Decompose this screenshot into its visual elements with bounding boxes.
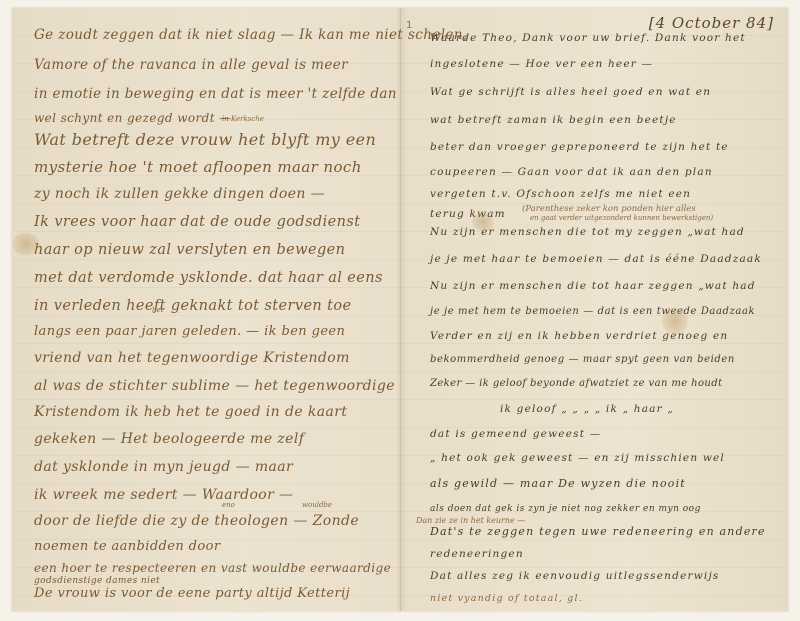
right-page: 1 [4 October 84] Waarde Theo, Dank voor … — [402, 8, 788, 611]
handwritten-line: Waarde Theo, Dank voor uw brief. Dank vo… — [430, 32, 746, 44]
handwritten-line: in verleden heeft geknakt tot sterven to… — [34, 298, 352, 314]
handwritten-line: „ het ook gek geweest — en zij misschien… — [430, 452, 725, 464]
handwritten-line: wat betreft zaman ik begin een beetje — [430, 114, 677, 126]
handwritten-line: Ik vrees voor haar dat de oude godsdiens… — [34, 214, 360, 230]
handwritten-line: je je met hem te bemoeien — dat is een t… — [430, 306, 755, 317]
handwritten-line: wel schynt en gezegd wordt — — [34, 111, 232, 125]
handwritten-line: langs een paar jaren geleden. — ik ben g… — [34, 324, 345, 339]
margin-note: (Parenthese zeker kon ponden hier alles — [522, 204, 696, 214]
letter-sheet: Ge zoudt zeggen dat ik niet slaag — Ik k… — [12, 8, 788, 611]
left-page: Ge zoudt zeggen dat ik niet slaag — Ik k… — [12, 8, 400, 611]
handwritten-line: je je met haar te bemoeien — dat is ééne… — [430, 253, 762, 265]
ink-stain — [472, 213, 494, 231]
handwritten-line: terug kwam — [430, 208, 506, 220]
handwritten-line: Wat betreft deze vrouw het blyft my een — [34, 130, 376, 149]
handwritten-line: vriend van het tegenwoordige Kristendom — [34, 350, 350, 366]
handwritten-line: mysterie hoe 't moet afloopen maar noch — [34, 158, 362, 176]
handwritten-line: gekeken — Het beologeerde me zelf — [34, 431, 304, 447]
handwritten-line: Verder en zij en ik hebben verdriet geno… — [430, 330, 728, 342]
handwritten-line: Nu zijn er menschen die tot haar zeggen … — [430, 280, 756, 292]
handwritten-line: dat is gemeend geweest — — [430, 428, 601, 440]
handwritten-line: Dat's te zeggen tegen uwe redeneering en… — [430, 525, 766, 538]
handwritten-line: De vrouw is voor de eene party altijd Ke… — [34, 586, 350, 601]
handwritten-line: Wat ge schrijft is alles heel goed en wa… — [430, 86, 711, 98]
handwritten-line: als doen dat gek is zyn je niet nog zekk… — [430, 504, 701, 514]
handwritten-line: ingeslotene — Hoe ver een heer — — [430, 58, 653, 70]
handwritten-line: Kristendom ik heb het te goed in de kaar… — [34, 404, 347, 420]
ink-stain — [12, 233, 40, 255]
page-number: 1 — [406, 20, 412, 31]
handwritten-line: ik geloof „ „ „ „ ik „ haar „ — [500, 403, 674, 415]
handwritten-line: coupeeren — Gaan voor dat ik aan den pla… — [430, 166, 713, 178]
handwritten-line: beter dan vroeger gepreponeerd te zijn h… — [430, 141, 729, 153]
handwritten-line: Dat alles zeg ik eenvoudig uitlegssender… — [430, 570, 720, 582]
ink-stain — [662, 308, 688, 334]
interlinear-note: wouldbe — [302, 501, 332, 509]
handwritten-line: vergeten t.v. Ofschoon zelfs me niet een — [430, 188, 691, 200]
margin-note: en gaat verder uitgezonderd kunnen bewer… — [530, 214, 713, 222]
handwritten-line: als gewild — maar De wyzen die nooit — [430, 477, 686, 490]
interlinear-note: eno — [222, 501, 235, 509]
handwritten-line: haar op nieuw zal verslyten en bewegen — [34, 242, 345, 258]
letter-scan: Ge zoudt zeggen dat ik niet slaag — Ik k… — [0, 0, 800, 621]
handwritten-line: dat ysklonde in myn jeugd — maar — [34, 459, 293, 475]
handwritten-line: ik wreek me sedert — Waardoor — — [34, 487, 293, 503]
handwritten-line: niet vyandig of totaal, gl. — [430, 593, 583, 604]
handwritten-line: zy noch ik zullen gekke dingen doen — — [34, 186, 325, 202]
handwritten-line: bekommerdheid genoeg — maar spyt geen va… — [430, 354, 735, 365]
interlinear-note: in Kerksche — [222, 115, 264, 123]
handwritten-line: een hoer te respecteeren en vast wouldbe… — [34, 561, 391, 575]
handwritten-line: noemen te aanbidden door — [34, 539, 220, 554]
handwritten-line: Vamore of the ravanca in alle geval is m… — [34, 57, 348, 73]
handwritten-line: in emotie in beweging en dat is meer 't … — [34, 86, 397, 102]
margin-note: Dan zie ze in het keurne — — [416, 516, 525, 525]
handwritten-line: redeneeringen — [430, 548, 524, 560]
handwritten-line: Zeker — ik geloof beyonde afwatziet ze v… — [430, 378, 722, 389]
handwritten-line: door de liefde die zy de theologen — Zon… — [34, 513, 359, 529]
handwritten-line: godsdienstige dames niet — [34, 576, 160, 586]
interlinear-note: het — [152, 306, 163, 314]
handwritten-line: al was de stichter sublime — het tegenwo… — [34, 378, 395, 394]
date-annotation: [4 October 84] — [649, 14, 774, 32]
handwritten-line: met dat verdomde ysklonde. dat haar al e… — [34, 270, 383, 286]
